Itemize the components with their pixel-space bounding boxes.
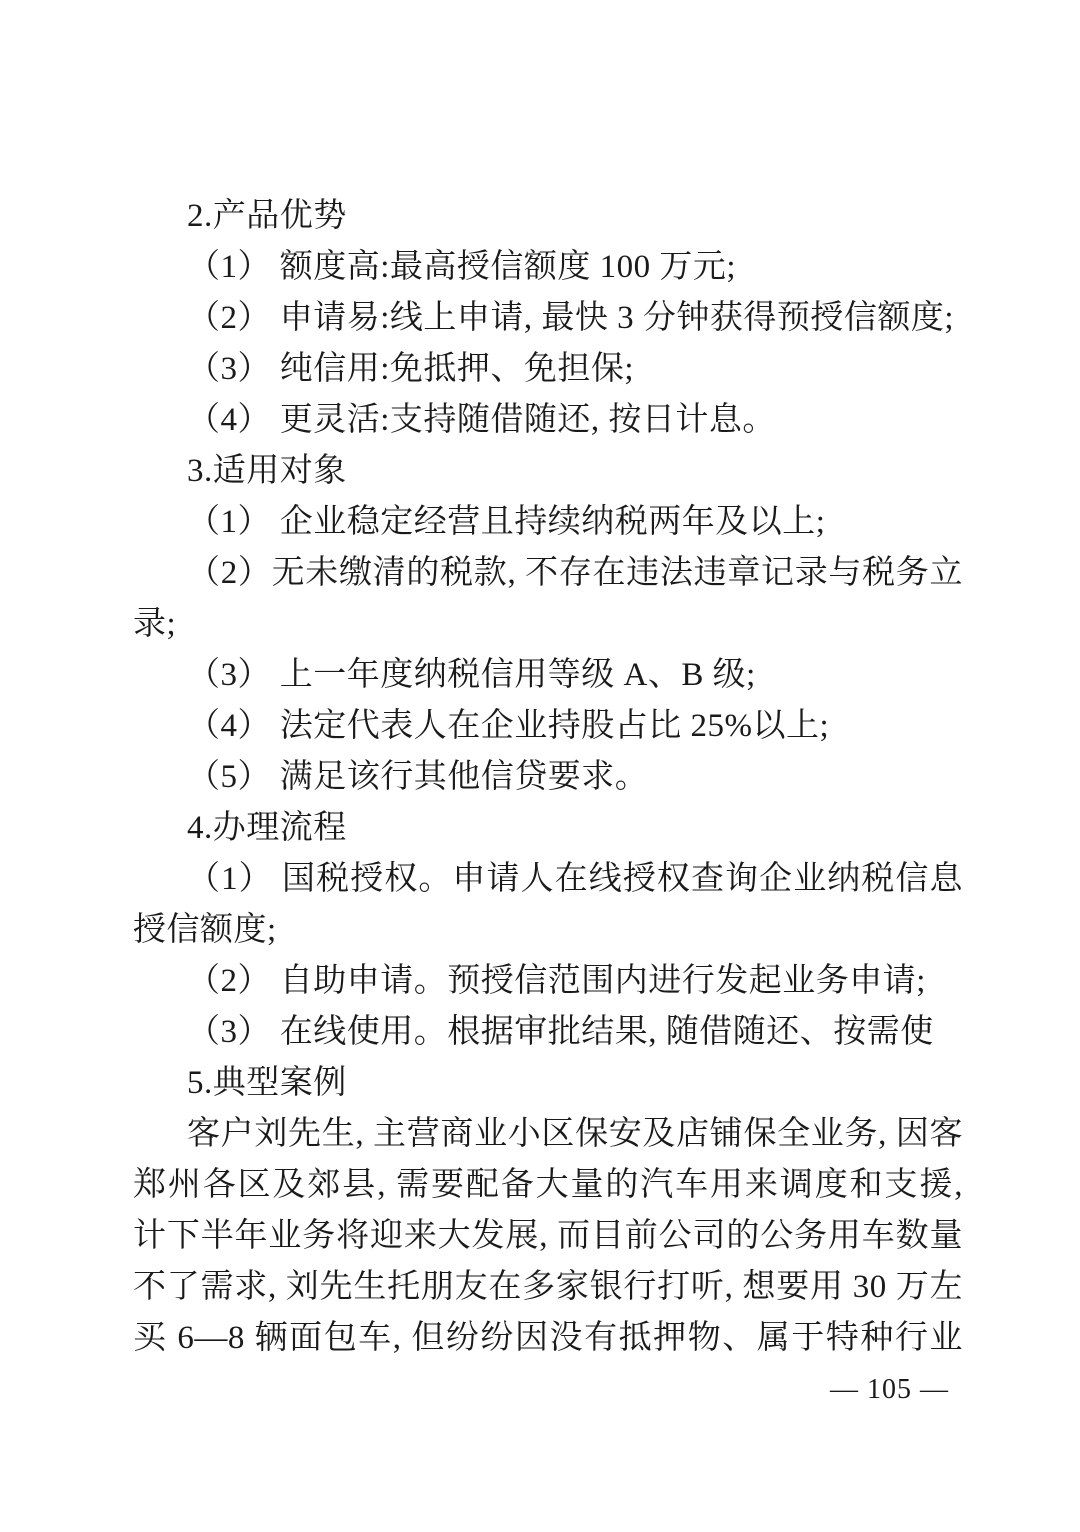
list-item: （1） 企业稳定经营且持续纳税两年及以上; [133, 497, 963, 548]
document-page: 2.产品优势 （1） 额度高:最高授信额度 100 万元; （2） 申请易:线上… [0, 0, 1080, 1532]
list-item: （3） 纯信用:免抵押、免担保; [133, 344, 963, 395]
list-item-continuation: 录; [133, 599, 963, 650]
list-item: （4） 法定代表人在企业持股占比 25%以上; [133, 701, 963, 752]
page-number: — 105 — [830, 1368, 949, 1412]
list-item: （2）无未缴清的税款, 不存在违法违章记录与税务立案稽查记 [133, 548, 963, 599]
list-item: （5） 满足该行其他信贷要求。 [133, 752, 963, 803]
list-item: （2） 申请易:线上申请, 最快 3 分钟获得预授信额度; [133, 293, 963, 344]
section-heading-product-advantages: 2.产品优势 [133, 191, 963, 242]
section-heading-applicable-targets: 3.适用对象 [133, 446, 963, 497]
list-item: （1） 额度高:最高授信额度 100 万元; [133, 242, 963, 293]
paragraph-line: 客户刘先生, 主营商业小区保安及店铺保全业务, 因客户遍布 [133, 1109, 963, 1160]
paragraph-line: 计下半年业务将迎来大发展, 而目前公司的公务用车数量远远满足 [133, 1211, 963, 1262]
section-heading-typical-case: 5.典型案例 [133, 1058, 963, 1109]
paragraph-line: 不了需求, 刘先生托朋友在多家银行打听, 想要用 30 万左右资金购 [133, 1262, 963, 1313]
list-item: （3） 在线使用。根据审批结果, 随借随还、按需使用。 [133, 1007, 963, 1058]
paragraph-line: 郑州各区及郊县, 需要配备大量的汽车用来调度和支援, 刘先生预 [133, 1160, 963, 1211]
list-item: （4） 更灵活:支持随借随还, 按日计息。 [133, 395, 963, 446]
list-item: （3） 上一年度纳税信用等级 A、B 级; [133, 650, 963, 701]
paragraph-line: 买 6—8 辆面包车, 但纷纷因没有抵押物、属于特种行业等等原因被 [133, 1313, 963, 1364]
section-heading-process-flow: 4.办理流程 [133, 803, 963, 854]
list-item-continuation: 授信额度; [133, 905, 963, 956]
list-item: （2） 自助申请。预授信范围内进行发起业务申请; [133, 956, 963, 1007]
page-body-text: 2.产品优势 （1） 额度高:最高授信额度 100 万元; （2） 申请易:线上… [133, 191, 963, 1364]
list-item: （1） 国税授权。申请人在线授权查询企业纳税信息并获得预 [133, 854, 963, 905]
